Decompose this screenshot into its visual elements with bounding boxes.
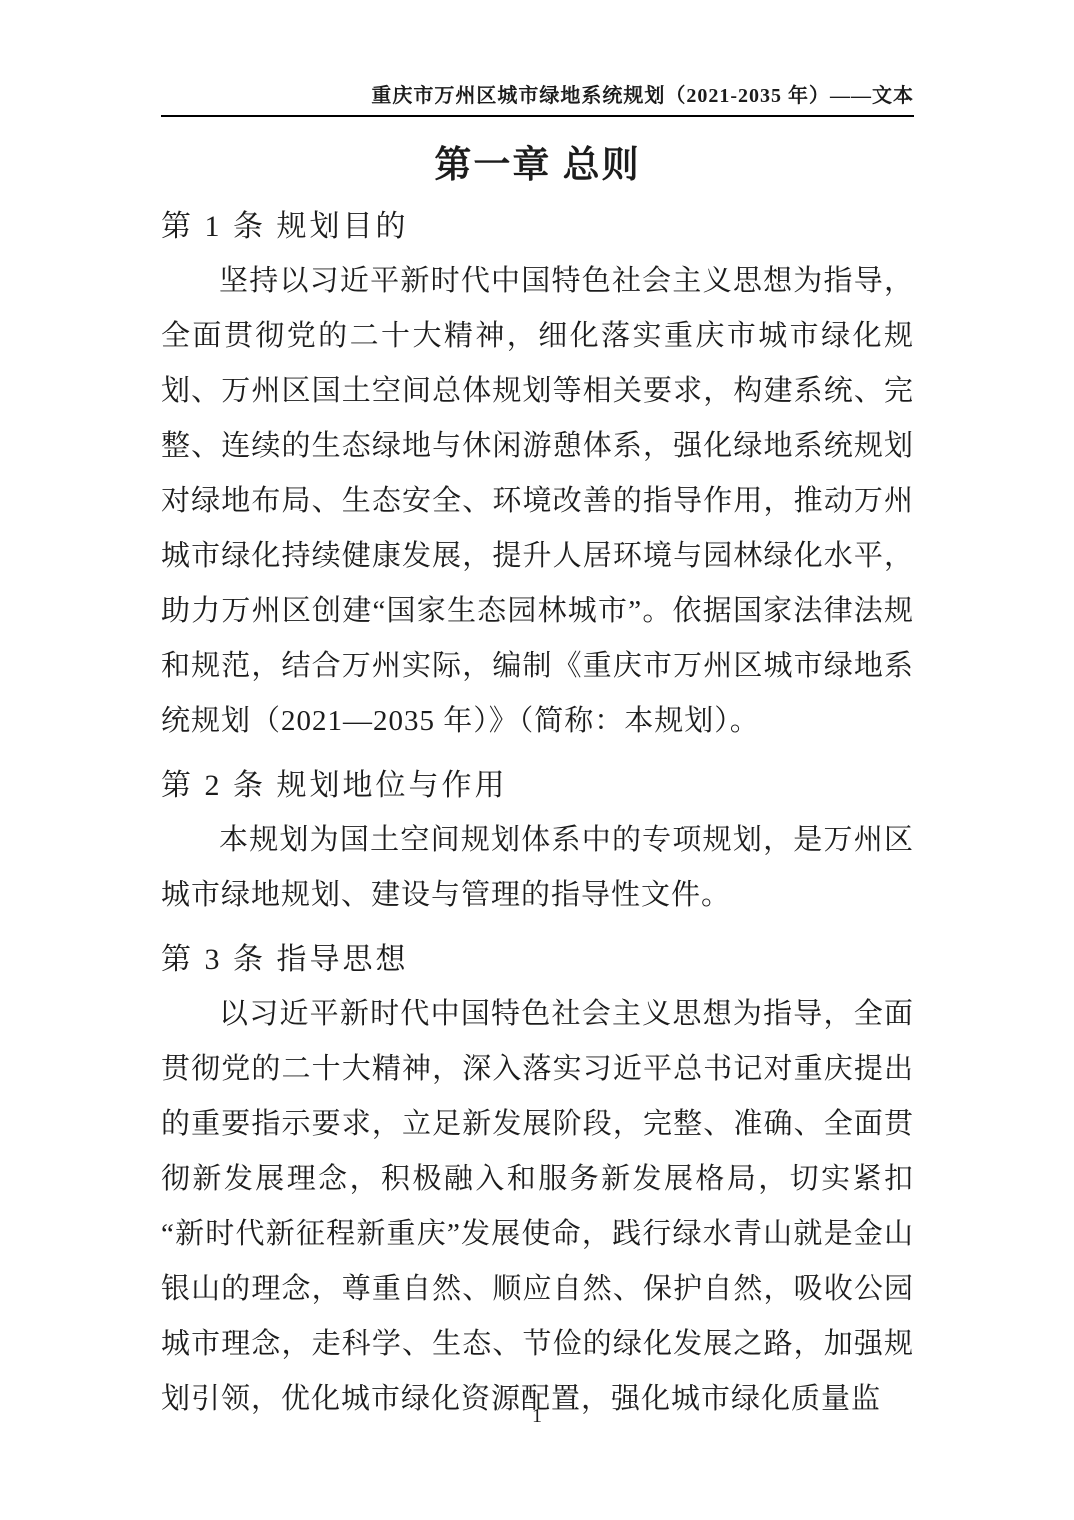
article-2-paragraph: 本规划为国土空间规划体系中的专项规划，是万州区城市绿地规划、建设与管理的指导性文… <box>161 813 914 923</box>
article-3-heading: 第 3 条 指导思想 <box>161 932 914 987</box>
article-1: 第 1 条 规划目的 坚持以习近平新时代中国特色社会主义思想为指导，全面贯彻党的… <box>161 199 914 749</box>
article-3-paragraph: 以习近平新时代中国特色社会主义思想为指导，全面贯彻党的二十大精神，深入落实习近平… <box>161 987 914 1427</box>
article-3: 第 3 条 指导思想 以习近平新时代中国特色社会主义思想为指导，全面贯彻党的二十… <box>161 932 914 1427</box>
running-header-title: 重庆市万州区城市绿地系统规划（2021-2035 年）——文本 <box>161 84 914 108</box>
article-2: 第 2 条 规划地位与作用 本规划为国土空间规划体系中的专项规划，是万州区城市绿… <box>161 758 914 923</box>
page-number: 1 <box>0 1404 1074 1428</box>
document-page: 重庆市万州区城市绿地系统规划（2021-2035 年）——文本 第一章 总则 第… <box>161 0 914 1520</box>
article-1-paragraph: 坚持以习近平新时代中国特色社会主义思想为指导，全面贯彻党的二十大精神，细化落实重… <box>161 254 914 749</box>
article-1-heading: 第 1 条 规划目的 <box>161 199 914 254</box>
article-2-heading: 第 2 条 规划地位与作用 <box>161 758 914 813</box>
page-header: 重庆市万州区城市绿地系统规划（2021-2035 年）——文本 <box>161 0 914 117</box>
chapter-title: 第一章 总则 <box>161 142 914 190</box>
